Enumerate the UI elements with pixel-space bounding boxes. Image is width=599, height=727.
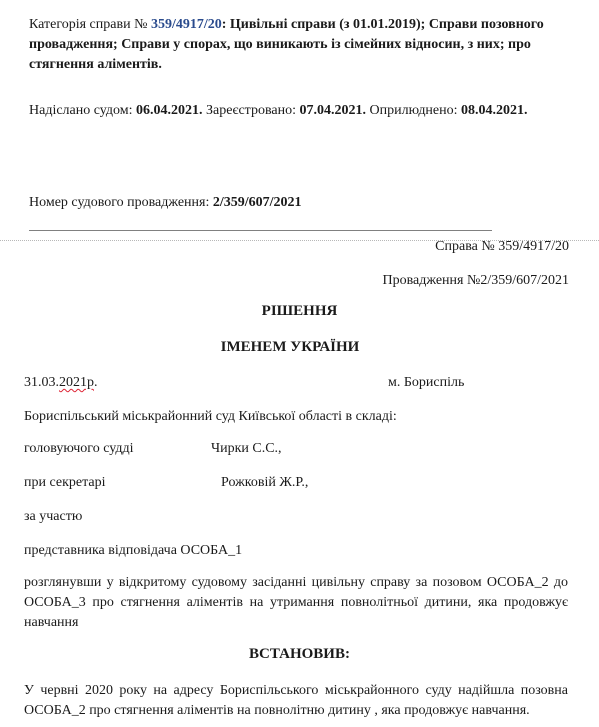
case-reference: Справа № 359/4917/20 xyxy=(435,237,569,257)
city: м. Бориспіль xyxy=(388,373,464,393)
registered-date: 07.04.2021. xyxy=(299,103,366,118)
case-category: Категорія справи № 359/4917/20: Цивільні… xyxy=(29,15,569,75)
court-name: Бориспільський міськрайонний суд Київськ… xyxy=(24,407,397,427)
proceeding-number: Номер судового провадження: 2/359/607/20… xyxy=(29,193,302,213)
case-number-link[interactable]: 359/4917/20 xyxy=(151,17,222,32)
decision-subtitle: ІМЕНЕМ УКРАЇНИ xyxy=(20,339,560,356)
registered-label: Зареєстровано: xyxy=(203,103,300,118)
sent-label: Надіслано судом: xyxy=(29,103,136,118)
date-prefix: 31.03. xyxy=(24,375,59,390)
published-label: Оприлюднено: xyxy=(366,103,461,118)
body-paragraph: У червні 2020 року на адресу Бориспільсь… xyxy=(24,681,568,721)
judge-label: головуючого судді xyxy=(24,439,133,459)
participation: за участю xyxy=(24,507,82,527)
decision-title: РІШЕННЯ xyxy=(0,303,599,320)
publication-dates: Надіслано судом: 06.04.2021. Зареєстрова… xyxy=(29,101,528,121)
established-heading: ВСТАНОВИВ: xyxy=(0,646,599,663)
published-date: 08.04.2021. xyxy=(461,103,528,118)
considered-paragraph: розглянувши у відкритому судовому засіда… xyxy=(24,573,568,633)
representative: представника відповідача ОСОБА_1 xyxy=(24,541,242,561)
judge-name: Чирки С.С., xyxy=(211,439,282,459)
proceeding-label: Номер судового провадження: xyxy=(29,195,213,210)
secretary-name: Рожковій Ж.Р., xyxy=(221,473,308,493)
sent-date: 06.04.2021. xyxy=(136,103,203,118)
decision-date: 31.03.2021р. xyxy=(24,373,98,393)
proceeding-value: 2/359/607/2021 xyxy=(213,195,302,210)
proceeding-reference: Провадження №2/359/607/2021 xyxy=(382,271,569,291)
date-suffix: . xyxy=(94,375,98,390)
secretary-label: при секретарі xyxy=(24,473,106,493)
date-year: 2021р xyxy=(59,375,94,390)
category-prefix: Категорія справи № xyxy=(29,17,151,32)
header-divider xyxy=(29,230,492,231)
